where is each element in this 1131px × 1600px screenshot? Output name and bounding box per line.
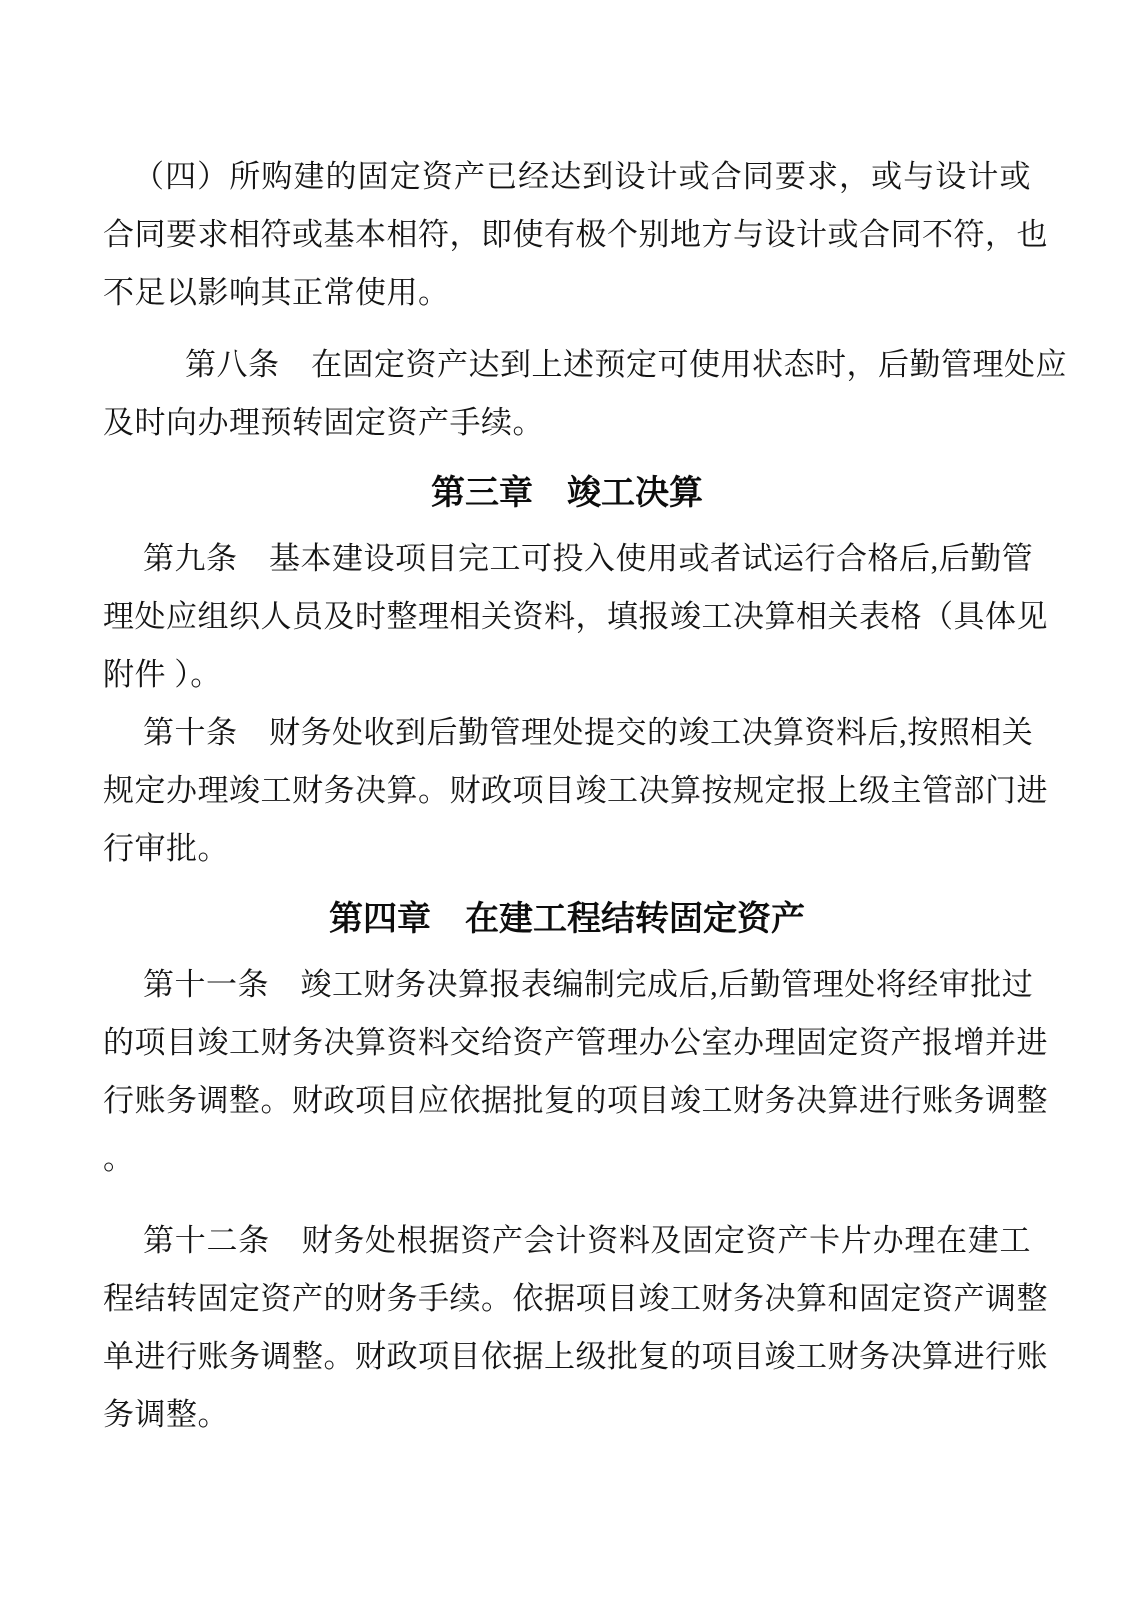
chapter-4-heading: 第四章 在建工程结转固定资产 bbox=[103, 888, 1031, 950]
paragraph-article-12: 第十二条 财务处根据资产会计资料及固定资产卡片办理在建工 程结转固定资产的财务手… bbox=[103, 1212, 1031, 1444]
text-line: 第十一条 竣工财务决算报表编制完成后,后勤管理处将经审批过 bbox=[103, 956, 1031, 1014]
text-line: 理处应组织人员及时整理相关资料，填报竣工决算相关表格（具体见 bbox=[103, 588, 1031, 646]
document-body: （四）所购建的固定资产已经达到设计或合同要求，或与设计或 合同要求相符或基本相符… bbox=[0, 0, 1131, 1444]
text-line: 。 bbox=[103, 1130, 1031, 1188]
chapter-3-heading: 第三章 竣工决算 bbox=[103, 462, 1031, 524]
text-line: 行账务调整。财政项目应依据批复的项目竣工财务决算进行账务调整 bbox=[103, 1072, 1031, 1130]
document-page: （四）所购建的固定资产已经达到设计或合同要求，或与设计或 合同要求相符或基本相符… bbox=[0, 0, 1131, 1600]
paragraph-article-9: 第九条 基本建设项目完工可投入使用或者试运行合格后,后勤管 理处应组织人员及时整… bbox=[103, 530, 1031, 704]
text-line: 行审批。 bbox=[103, 820, 1031, 878]
text-line: 的项目竣工财务决算资料交给资产管理办公室办理固定资产报增并进 bbox=[103, 1014, 1031, 1072]
text-line: 第八条 在固定资产达到上述预定可使用状态时，后勤管理处应 bbox=[103, 336, 1031, 394]
text-line: （四）所购建的固定资产已经达到设计或合同要求，或与设计或 bbox=[103, 148, 1031, 206]
paragraph-article-8: 第八条 在固定资产达到上述预定可使用状态时，后勤管理处应 及时向办理预转固定资产… bbox=[103, 336, 1031, 452]
text-line: 规定办理竣工财务决算。财政项目竣工决算按规定报上级主管部门进 bbox=[103, 762, 1031, 820]
text-line: 及时向办理预转固定资产手续。 bbox=[103, 394, 1031, 452]
text-line: 第九条 基本建设项目完工可投入使用或者试运行合格后,后勤管 bbox=[103, 530, 1031, 588]
text-line: 程结转固定资产的财务手续。依据项目竣工财务决算和固定资产调整 bbox=[103, 1270, 1031, 1328]
text-line: 务调整。 bbox=[103, 1386, 1031, 1444]
text-line: 附件 ）。 bbox=[103, 646, 1031, 704]
text-line: 第十二条 财务处根据资产会计资料及固定资产卡片办理在建工 bbox=[103, 1212, 1031, 1270]
paragraph-item-4: （四）所购建的固定资产已经达到设计或合同要求，或与设计或 合同要求相符或基本相符… bbox=[103, 148, 1031, 322]
text-line: 单进行账务调整。财政项目依据上级批复的项目竣工财务决算进行账 bbox=[103, 1328, 1031, 1386]
text-line: 合同要求相符或基本相符，即使有极个别地方与设计或合同不符，也 bbox=[103, 206, 1031, 264]
paragraph-article-10: 第十条 财务处收到后勤管理处提交的竣工决算资料后,按照相关 规定办理竣工财务决算… bbox=[103, 704, 1031, 878]
text-line: 第十条 财务处收到后勤管理处提交的竣工决算资料后,按照相关 bbox=[103, 704, 1031, 762]
paragraph-article-11: 第十一条 竣工财务决算报表编制完成后,后勤管理处将经审批过 的项目竣工财务决算资… bbox=[103, 956, 1031, 1188]
text-line: 不足以影响其正常使用。 bbox=[103, 264, 1031, 322]
